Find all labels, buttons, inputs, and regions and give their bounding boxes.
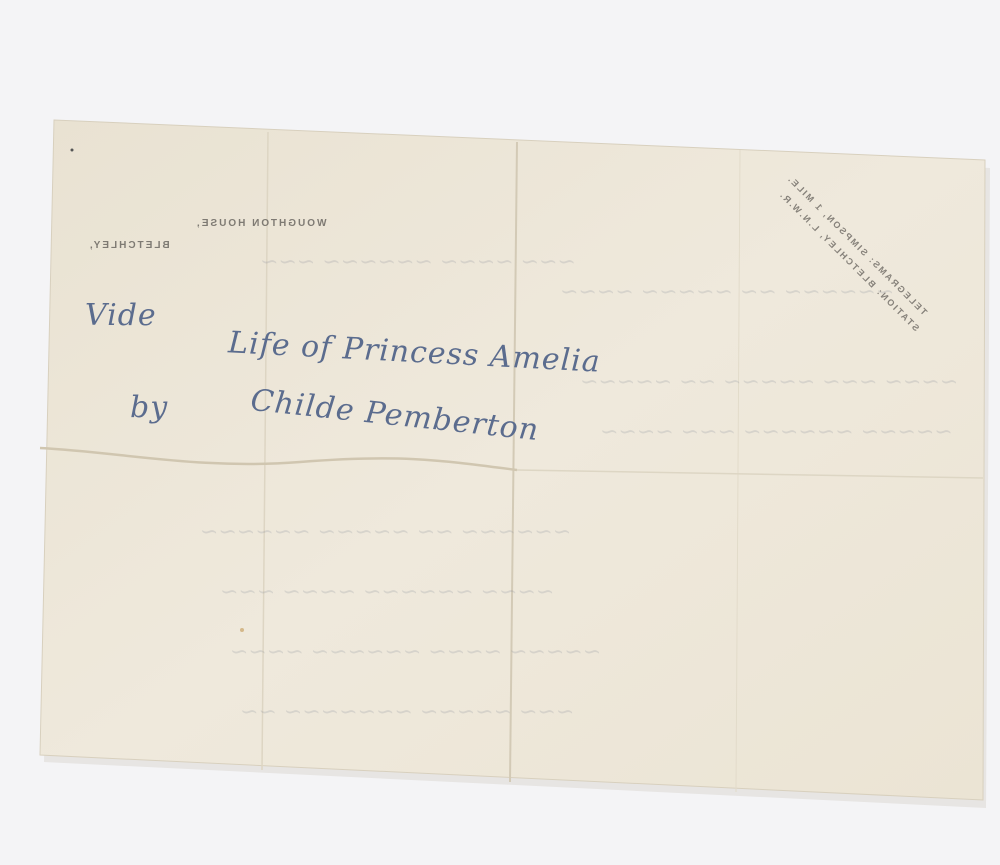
bleed-through-line: ~~~~ ~~~~~~ ~~~~ ~~~ (220, 580, 554, 605)
bleed-through-line: ~~~ ~~~~~ ~~~~~~~ ~~ (240, 700, 574, 725)
letterhead-house-name: WOUGHTON HOUSE, (195, 218, 326, 229)
letterhead-town: BLETCHLEY, (88, 240, 170, 251)
bleed-through-line: ~~~~~ ~~~~~~ ~~~ ~~~~ (600, 420, 953, 445)
letter-photo: WOUGHTON HOUSE, BLETCHLEY, TELEGRAMS: SI… (0, 0, 1000, 865)
bleed-through-line: ~~~~~~ ~~ ~~~~~ ~~~~ (560, 280, 894, 305)
handwriting-vide: Vide (85, 298, 157, 333)
bleed-through-line: ~~~~ ~~~ ~~~~~ ~~ ~~~~~ (580, 370, 958, 395)
handwriting-by: by (130, 390, 168, 425)
bleed-through-line: ~~~~~ ~~~~ ~~~~~~ ~~~~ (230, 640, 601, 665)
bleed-through-line: ~~~~~~ ~~ ~~~~~ ~~~~~~ (200, 520, 571, 545)
bleed-through-line: ~~~ ~~~~ ~~~~~~ ~~~ (260, 250, 576, 275)
